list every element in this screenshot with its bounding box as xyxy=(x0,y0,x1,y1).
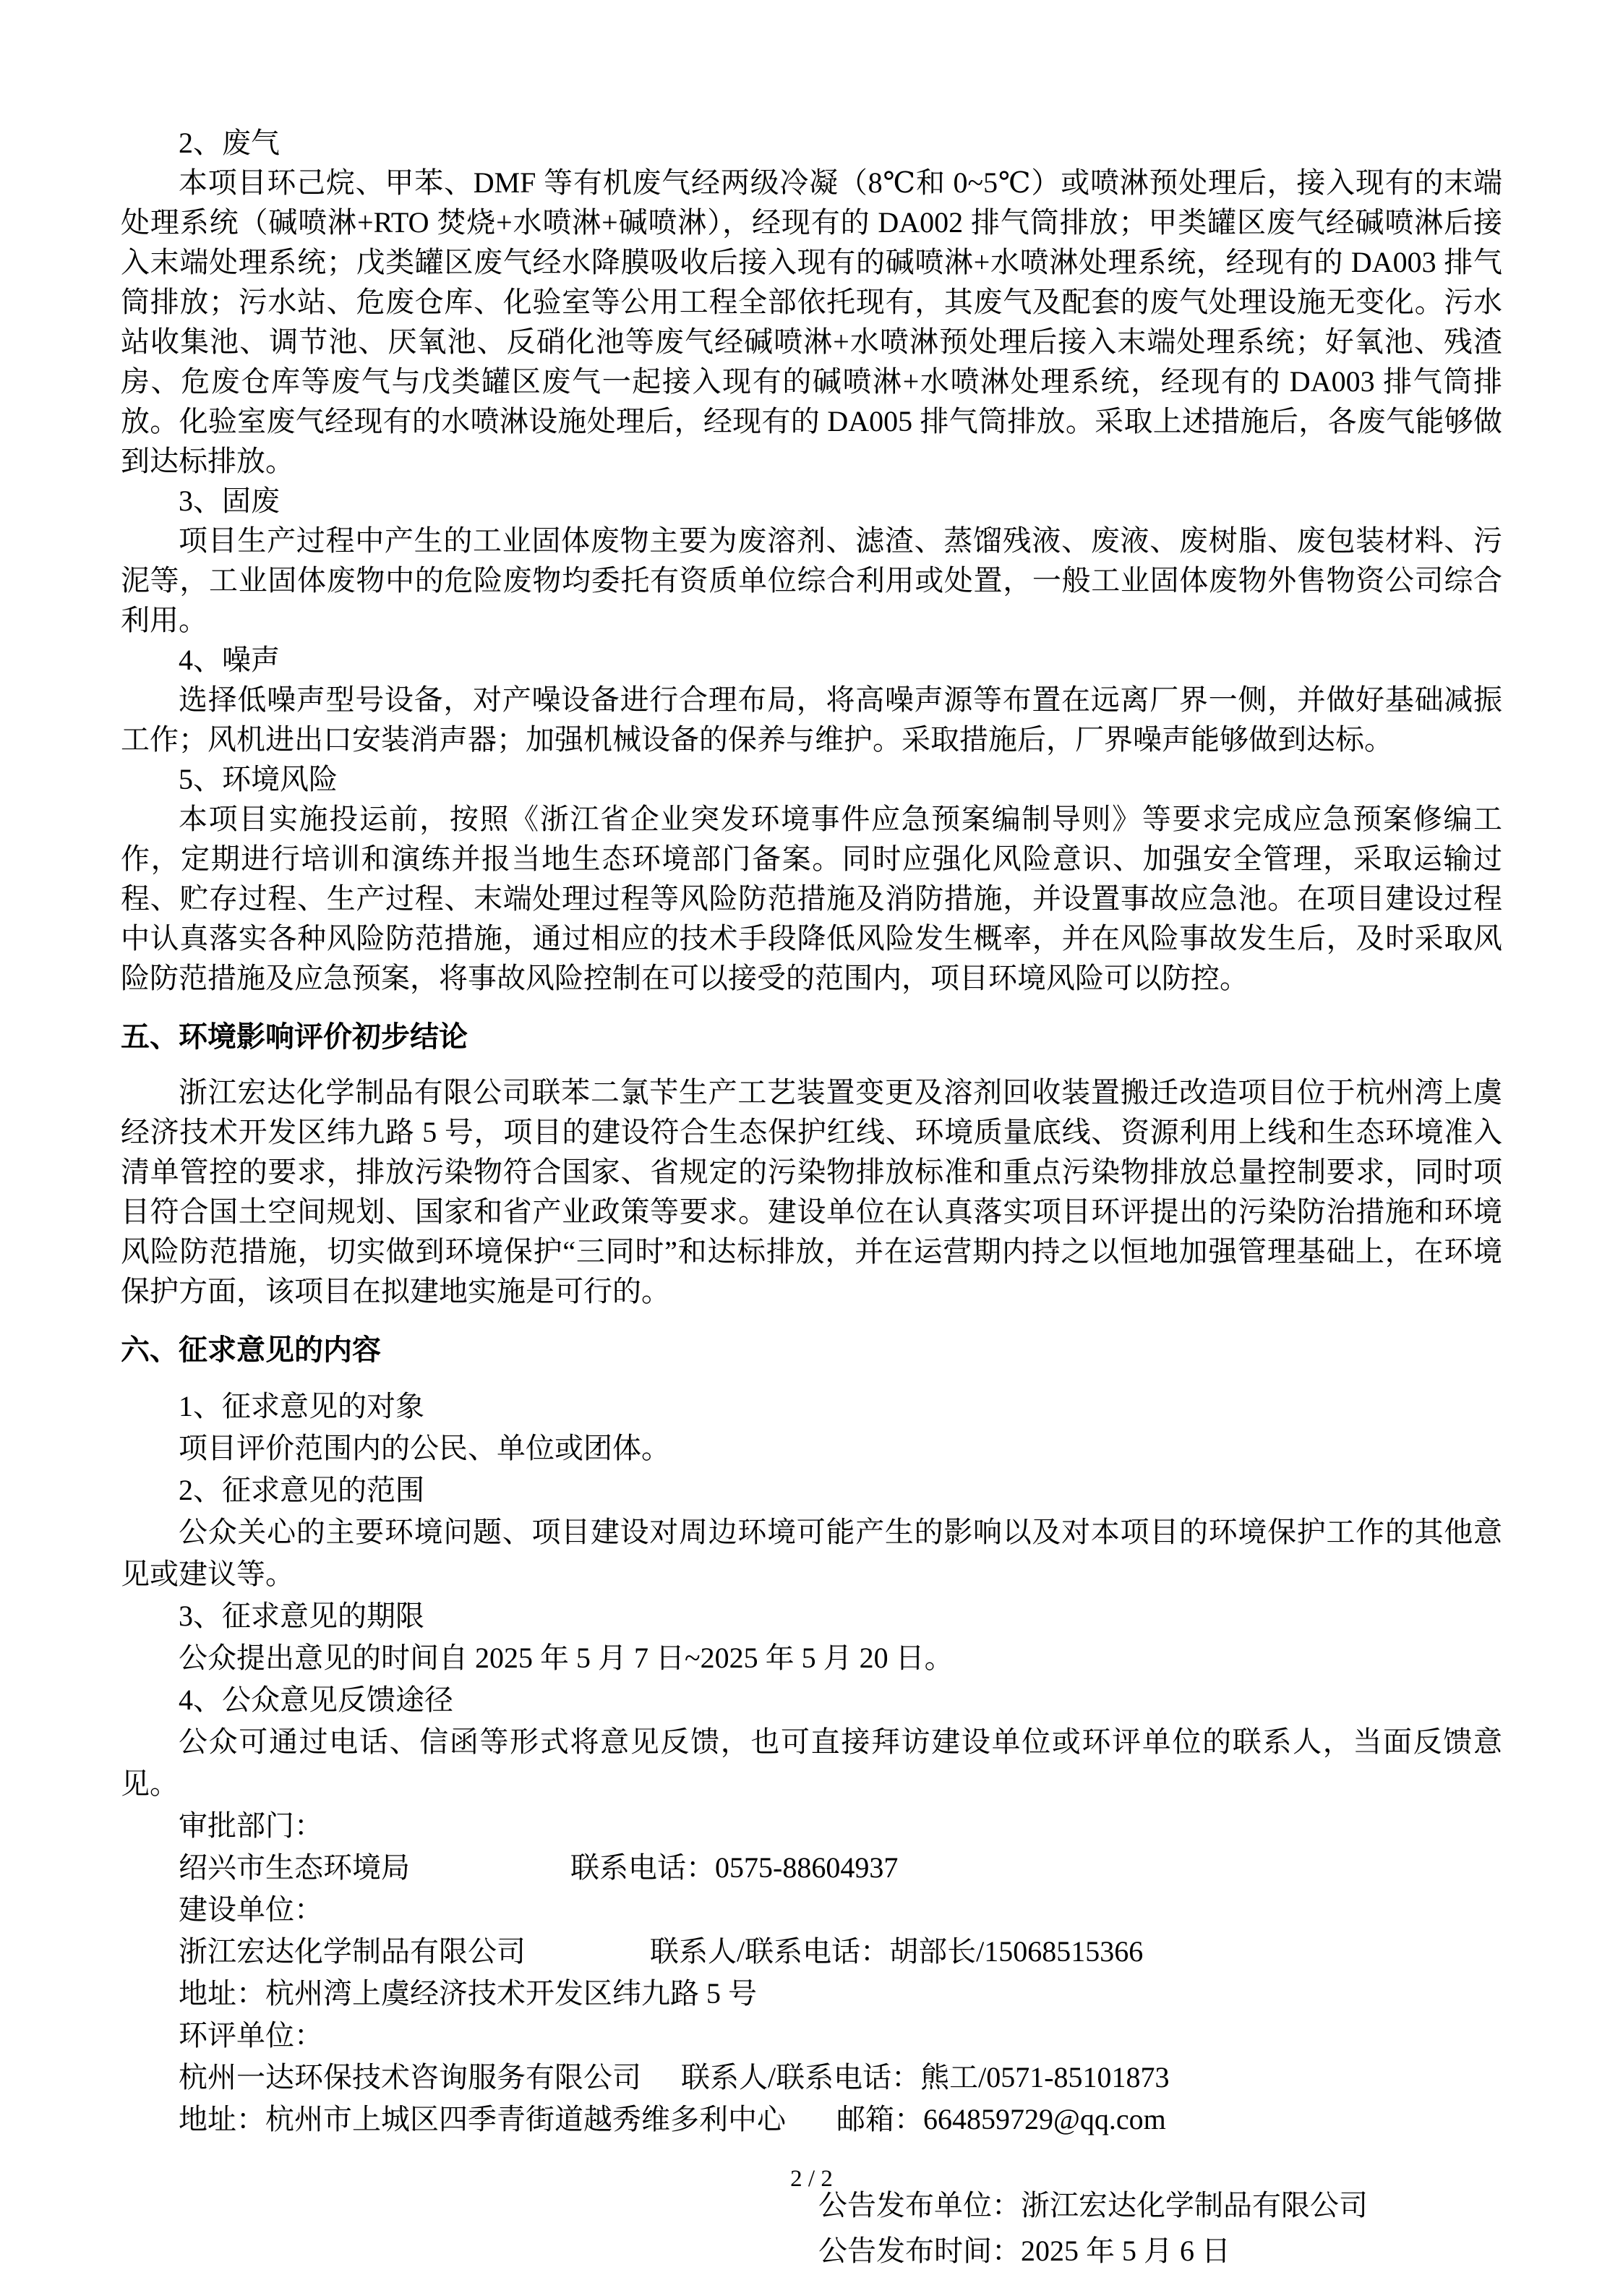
section-heading-solicitation: 六、征求意见的内容 xyxy=(121,1330,1502,1370)
contact-row-eia: 杭州一达环保技术咨询服务有限公司联系人/联系电话：熊工/0571-8510187… xyxy=(121,2057,1502,2099)
contact-phone: 联系人/联系电话：熊工/0571-85101873 xyxy=(681,2061,1170,2094)
contact-row-approval-dept-label: 审批部门： xyxy=(121,1805,1502,1847)
paragraph-env-risk: 本项目实施投运前，按照《浙江省企业突发环境事件应急预案编制导则》等要求完成应急预… xyxy=(121,799,1502,998)
announcement-block: 公告发布单位：浙江宏达化学制品有限公司 公告发布时间：2025 年 5 月 6 … xyxy=(818,2182,1502,2274)
paragraph-solid-waste: 项目生产过程中产生的工业固体废物主要为废溶剂、滤渣、蒸馏残液、废液、废树脂、废包… xyxy=(121,521,1502,640)
contact-row-builder-address: 地址：杭州湾上虞经济技术开发区纬九路 5 号 xyxy=(121,1973,1502,2015)
contact-left: 杭州一达环保技术咨询服务有限公司 xyxy=(179,2061,641,2094)
contact-phone: 联系人/联系电话：胡部长/15068515366 xyxy=(650,1935,1143,1968)
solicitation-item-heading: 1、征求意见的对象 xyxy=(121,1386,1502,1427)
contact-row-approval-dept: 绍兴市生态环境局联系电话：0575-88604937 xyxy=(121,1847,1502,1889)
contact-left: 地址：杭州市上城区四季青街道越秀维多利中心 xyxy=(179,2103,786,2135)
paragraph-conclusion: 浙江宏达化学制品有限公司联苯二氯苄生产工艺装置变更及溶剂回收装置搬迁改造项目位于… xyxy=(121,1072,1502,1311)
solicitation-item-heading: 4、公众意见反馈途径 xyxy=(121,1679,1502,1721)
contact-left: 建设单位： xyxy=(179,1893,323,1926)
page-number: 2 / 2 xyxy=(0,2164,1623,2193)
contact-email: 邮箱：664859729@qq.com xyxy=(836,2103,1166,2135)
subsection-heading-solid-waste: 3、固废 xyxy=(121,481,1502,521)
contact-phone: 联系电话：0575-88604937 xyxy=(570,1851,898,1884)
solicitation-item-heading: 3、征求意见的期限 xyxy=(121,1595,1502,1637)
subsection-heading-noise: 4、噪声 xyxy=(121,640,1502,680)
contact-row-eia-label: 环评单位： xyxy=(121,2015,1502,2057)
contact-left: 浙江宏达化学制品有限公司 xyxy=(179,1935,526,1968)
document-page: 2、废气 本项目环己烷、甲苯、DMF 等有机废气经两级冷凝（8℃和 0~5℃）或… xyxy=(0,0,1623,2296)
contact-row-builder-label: 建设单位： xyxy=(121,1889,1502,1931)
solicitation-item-body: 项目评价范围内的公民、单位或团体。 xyxy=(121,1427,1502,1469)
announcement-date: 公告发布时间：2025 年 5 月 6 日 xyxy=(818,2228,1502,2274)
subsection-heading-waste-gas: 2、废气 xyxy=(121,123,1502,163)
contact-left: 环评单位： xyxy=(179,2019,323,2052)
paragraph-waste-gas: 本项目环己烷、甲苯、DMF 等有机废气经两级冷凝（8℃和 0~5℃）或喷淋预处理… xyxy=(121,163,1502,481)
contact-left: 绍兴市生态环境局 xyxy=(179,1851,410,1884)
subsection-heading-env-risk: 5、环境风险 xyxy=(121,759,1502,799)
contact-row-builder: 浙江宏达化学制品有限公司联系人/联系电话：胡部长/15068515366 xyxy=(121,1931,1502,1973)
contact-left: 地址：杭州湾上虞经济技术开发区纬九路 5 号 xyxy=(179,1977,757,2010)
paragraph-noise: 选择低噪声型号设备，对产噪设备进行合理布局，将高噪声源等布置在远离厂界一侧，并做… xyxy=(121,680,1502,759)
solicitation-item-heading: 2、征求意见的范围 xyxy=(121,1469,1502,1511)
solicitation-item-body: 公众可通过电话、信函等形式将意见反馈，也可直接拜访建设单位或环评单位的联系人，当… xyxy=(121,1721,1502,1805)
section-heading-conclusion: 五、环境影响评价初步结论 xyxy=(121,1017,1502,1057)
solicitation-item-body: 公众提出意见的时间自 2025 年 5 月 7 日~2025 年 5 月 20 … xyxy=(121,1637,1502,1679)
contact-row-eia-address: 地址：杭州市上城区四季青街道越秀维多利中心邮箱：664859729@qq.com xyxy=(121,2099,1502,2141)
solicitation-item-body: 公众关心的主要环境问题、项目建设对周边环境可能产生的影响以及对本项目的环境保护工… xyxy=(121,1511,1502,1595)
contact-left: 审批部门： xyxy=(179,1809,323,1842)
